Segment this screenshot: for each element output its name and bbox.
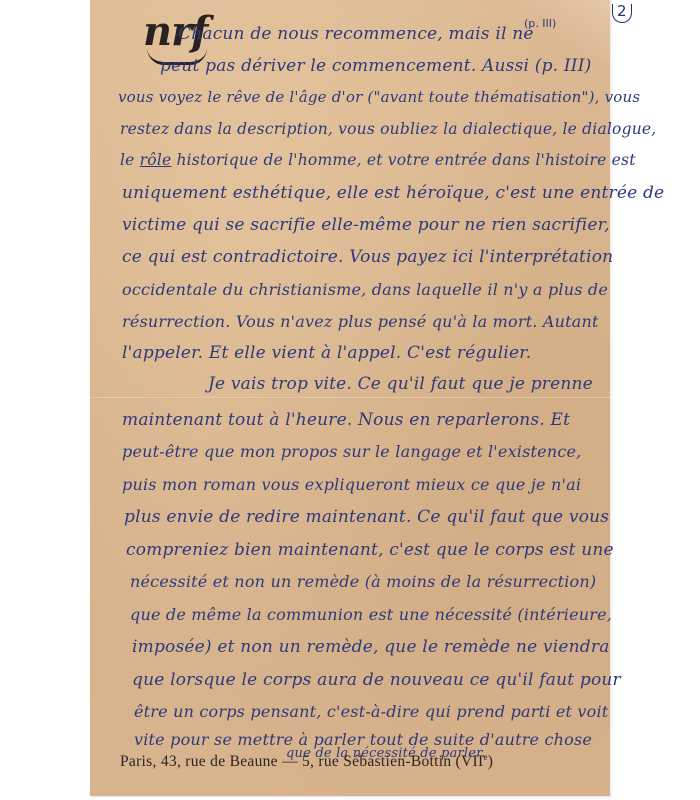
letterhead-address: Paris, 43, rue de Beaune — 5, rue Sébast… xyxy=(120,752,493,771)
handwritten-line: peut pas dériver le commencement. Aussi … xyxy=(160,56,591,76)
handwritten-line: puis mon roman vous expliqueront mieux c… xyxy=(122,475,581,494)
handwritten-line: imposée) et non un remède, que le remède… xyxy=(132,637,610,657)
line-text-after: historique de l'homme, et votre entrée d… xyxy=(171,151,635,169)
handwritten-line: uniquement esthétique, elle est héroïque… xyxy=(122,183,664,203)
handwritten-line: restez dans la description, vous oubliez… xyxy=(120,120,656,138)
fold-line xyxy=(90,397,610,399)
letter-page: nrf 2 (p. III) Chacun de nous recommence… xyxy=(90,0,610,796)
handwritten-line: vous voyez le rêve de l'âge d'or ("avant… xyxy=(118,88,640,106)
handwritten-line: être un corps pensant, c'est-à-dire qui … xyxy=(134,702,608,721)
handwritten-line: Je vais trop vite. Ce qu'il faut que je … xyxy=(208,374,593,394)
handwritten-line: occidentale du christianisme, dans laque… xyxy=(122,280,608,299)
handwritten-line: résurrection. Vous n'avez plus pensé qu'… xyxy=(122,312,599,331)
handwritten-line: Chacun de nous recommence, mais il ne xyxy=(178,24,534,44)
handwritten-line: victime qui se sacrifie elle-même pour n… xyxy=(122,215,610,235)
handwritten-line: compreniez bien maintenant, c'est que le… xyxy=(126,540,614,560)
page-number: 2 xyxy=(612,4,632,24)
line-text-before: le xyxy=(120,151,140,169)
handwritten-line: peut-être que mon propos sur le langage … xyxy=(122,442,581,461)
handwritten-line: ce qui est contradictoire. Vous payez ic… xyxy=(122,247,613,267)
address-close: ) xyxy=(488,753,493,770)
address-text: Paris, 43, rue de Beaune — 5, rue Sébast… xyxy=(120,753,483,770)
page-number-value: 2 xyxy=(617,2,627,20)
handwritten-line: maintenant tout à l'heure. Nous en repar… xyxy=(122,410,570,430)
handwritten-line: que lorsque le corps aura de nouveau ce … xyxy=(132,670,621,690)
handwritten-line: le rôle historique de l'homme, et votre … xyxy=(120,151,636,169)
handwritten-line: nécessité et non un remède (à moins de l… xyxy=(130,572,596,591)
handwritten-line: que de même la communion est une nécessi… xyxy=(130,605,612,624)
handwritten-line: l'appeler. Et elle vient à l'appel. C'es… xyxy=(122,343,531,363)
underlined-word: rôle xyxy=(140,151,172,169)
handwritten-line: plus envie de redire maintenant. Ce qu'i… xyxy=(124,507,609,527)
